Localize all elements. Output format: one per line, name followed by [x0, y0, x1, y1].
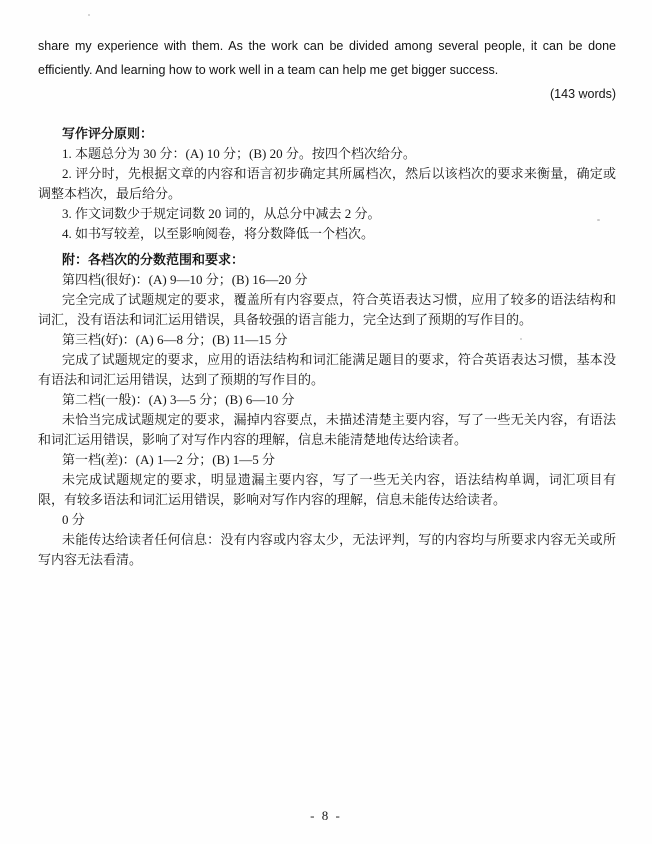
band-description: 未恰当完成试题规定的要求，漏掉内容要点，未描述清楚主要内容，写了一些无关内容，有…	[38, 410, 616, 450]
scan-speck	[88, 14, 90, 16]
scoring-principle-item: 2. 评分时，先根据文章的内容和语言初步确定其所属档次，然后以该档次的要求来衡量…	[38, 164, 616, 204]
page-content: share my experience with them. As the wo…	[0, 0, 652, 570]
band-title: 第一档(差)：(A) 1—2 分；(B) 1—5 分	[38, 450, 616, 470]
band-description: 完全完成了试题规定的要求，覆盖所有内容要点，符合英语表达习惯，应用了较多的语法结…	[38, 290, 616, 330]
scoring-principle-item: 4. 如书写较差，以至影响阅卷，将分数降低一个档次。	[38, 224, 616, 244]
scoring-principles-heading: 写作评分原则：	[38, 124, 616, 144]
band-title: 第二档(一般)：(A) 3—5 分；(B) 6—10 分	[38, 390, 616, 410]
scan-speck	[597, 219, 600, 221]
scan-speck	[520, 338, 522, 340]
word-count: (143 words)	[38, 84, 616, 104]
band-title: 第三档(好)：(A) 6—8 分；(B) 11—15 分	[38, 330, 616, 350]
appendix-heading: 附：各档次的分数范围和要求：	[38, 250, 616, 270]
essay-continuation-paragraph: share my experience with them. As the wo…	[38, 34, 616, 82]
scoring-principle-item: 1. 本题总分为 30 分：(A) 10 分；(B) 20 分。按四个档次给分。	[38, 144, 616, 164]
scan-speck	[583, 97, 586, 99]
band-description: 未完成试题规定的要求，明显遗漏主要内容，写了一些无关内容，语法结构单调，词汇项目…	[38, 470, 616, 510]
band-description: 未能传达给读者任何信息：没有内容或内容太少，无法评判，写的内容均与所要求内容无关…	[38, 530, 616, 570]
document-page: share my experience with them. As the wo…	[0, 0, 652, 844]
band-title: 0 分	[38, 510, 616, 530]
band-description: 完成了试题规定的要求，应用的语法结构和词汇能满足题目的要求，符合英语表达习惯，基…	[38, 350, 616, 390]
band-title: 第四档(很好)：(A) 9—10 分；(B) 16—20 分	[38, 270, 616, 290]
scoring-principle-item: 3. 作文词数少于规定词数 20 词的，从总分中减去 2 分。	[38, 204, 616, 224]
page-number: - 8 -	[0, 808, 652, 824]
